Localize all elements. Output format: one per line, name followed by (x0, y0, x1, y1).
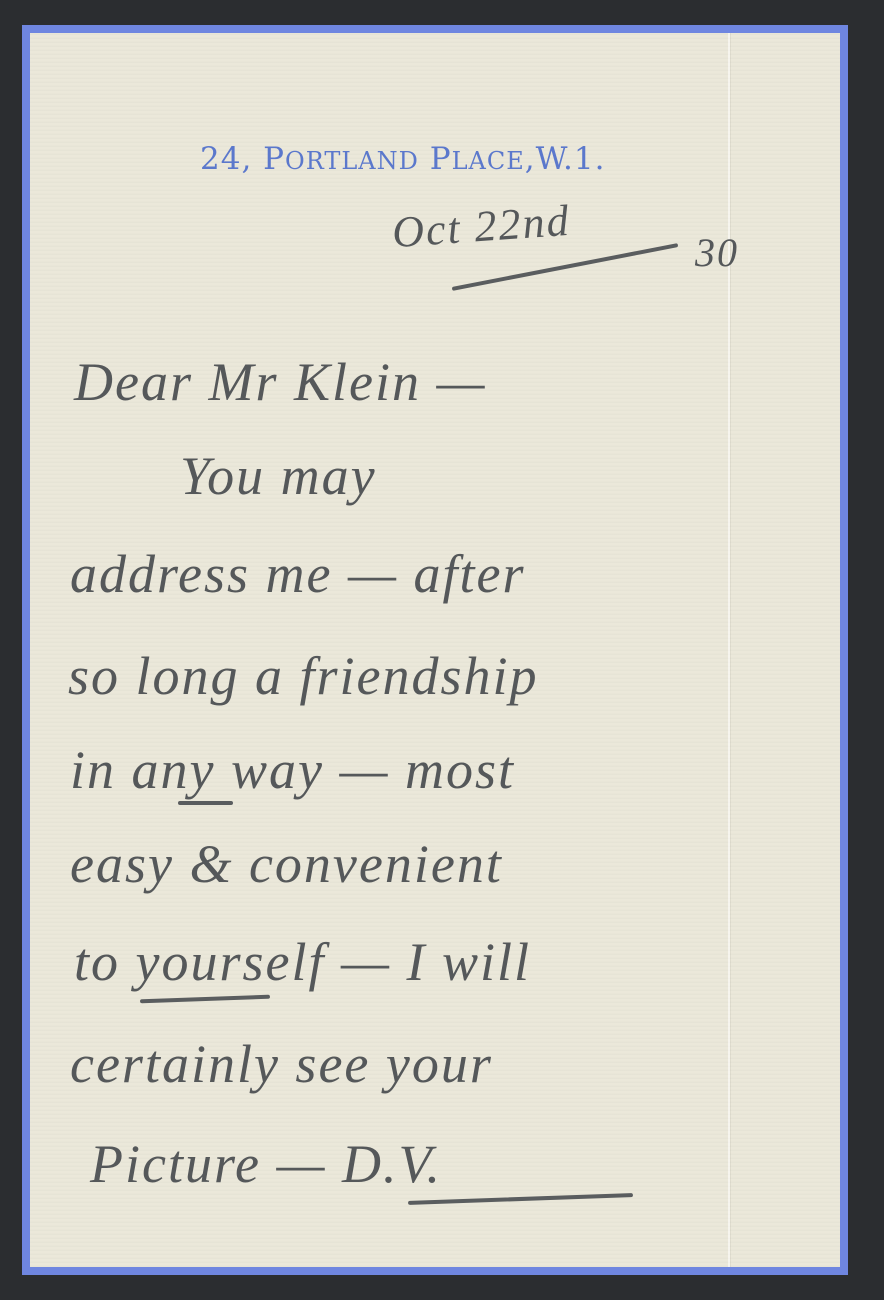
fold-crease (728, 33, 730, 1267)
body-line-8: Picture — D.V. (90, 1133, 442, 1195)
letterhead-street-initial: P (263, 141, 285, 177)
body-line-5: easy & convenient (70, 833, 503, 895)
date-month-day: Oct 22nd (390, 195, 572, 258)
letterhead-postcode: ,W.1. (525, 141, 606, 177)
body-line-7: certainly see your (70, 1033, 493, 1095)
letter-sheet: 24, PORTLAND PLACE,W.1. Oct 22nd 30 Dear… (30, 33, 840, 1267)
body-line-2: address me — after (70, 543, 525, 605)
letter-border: 24, PORTLAND PLACE,W.1. Oct 22nd 30 Dear… (22, 25, 848, 1275)
letterhead-street-rest: ORTLAND (285, 147, 419, 175)
body-line-6: to yourself — I will (74, 931, 531, 993)
body-line-1: You may (180, 445, 377, 507)
yourself-underline (140, 995, 270, 1004)
letterhead-place-initial: P (430, 141, 452, 177)
salutation: Dear Mr Klein — (74, 351, 486, 413)
body-line-3: so long a friendship (68, 645, 539, 707)
any-underline (178, 801, 233, 805)
body-line-4: in any way — most (70, 739, 515, 801)
letterhead-address: 24, PORTLAND PLACE,W.1. (200, 141, 605, 177)
date-year: 30 (695, 229, 739, 276)
letterhead-place-rest: LACE (452, 147, 525, 175)
letterhead-number: 24, (200, 141, 252, 177)
